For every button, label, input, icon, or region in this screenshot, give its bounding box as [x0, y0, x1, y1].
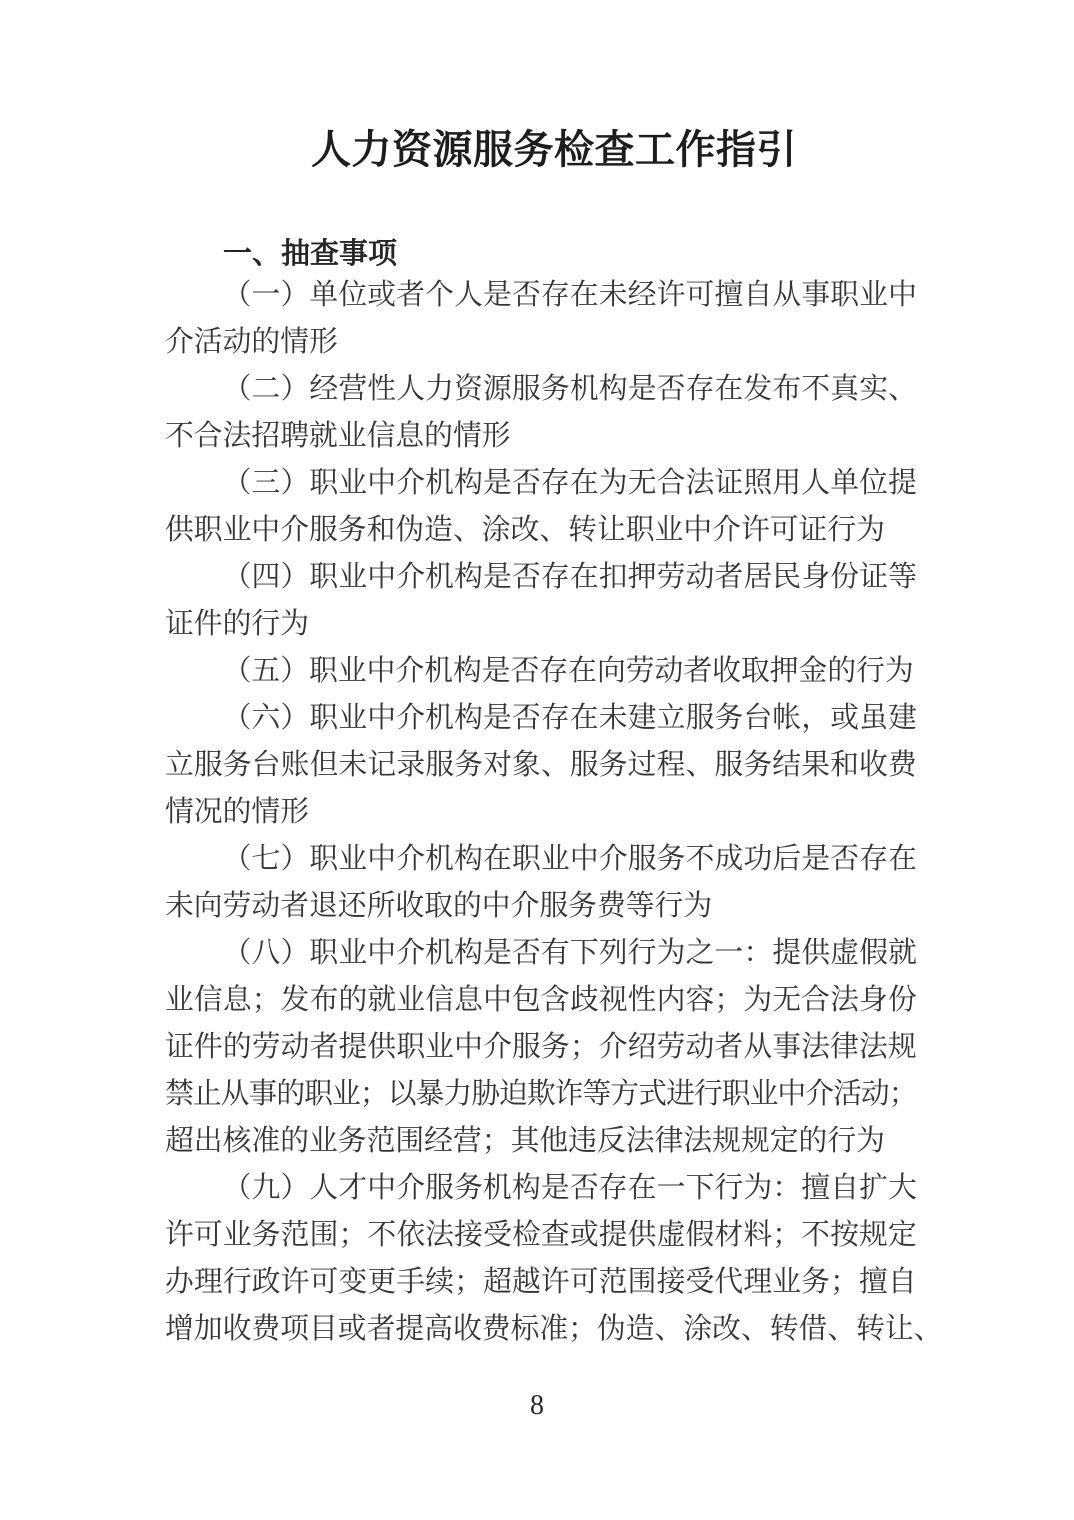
text-line: （三）职业中介机构是否存在为无合法证照用人单位提: [165, 460, 917, 507]
text-line: （九）人才中介服务机构是否存在一下行为：擅自扩大: [165, 1165, 917, 1212]
text-line: 证件的劳动者提供职业中介服务；介绍劳动者从事法律法规: [165, 1024, 917, 1071]
text-line: 禁止从事的职业；以暴力胁迫欺诈等方式进行职业中介活动；: [165, 1071, 917, 1118]
document-title: 人力资源服务检查工作指引: [0, 124, 1074, 176]
text-line: 证件的行为: [165, 601, 917, 648]
text-line: 增加收费项目或者提高收费标准；伪造、涂改、转借、转让、: [165, 1306, 917, 1353]
text-line: 超出核准的业务范围经营；其他违反法律法规规定的行为: [165, 1118, 917, 1165]
text-line: 立服务台账但未记录服务对象、服务过程、服务结果和收费: [165, 742, 917, 789]
page-number: 8: [0, 1389, 1074, 1423]
text-line: （四）职业中介机构是否存在扣押劳动者居民身份证等: [165, 554, 917, 601]
text-line: 情况的情形: [165, 789, 917, 836]
text-line: 供职业中介服务和伪造、涂改、转让职业中介许可证行为: [165, 507, 917, 554]
text-line: （五）职业中介机构是否存在向劳动者收取押金的行为: [165, 648, 917, 695]
section-heading: 一、抽查事项: [165, 231, 917, 278]
text-line: 许可业务范围；不依法接受检查或提供虚假材料；不按规定: [165, 1212, 917, 1259]
text-line: 介活动的情形: [165, 319, 917, 366]
text-line: （六）职业中介机构是否存在未建立服务台帐，或虽建: [165, 695, 917, 742]
body-text: （一）单位或者个人是否存在未经许可擅自从事职业中介活动的情形（二）经营性人力资源…: [165, 272, 917, 1353]
text-line: 业信息；发布的就业信息中包含歧视性内容；为无合法身份: [165, 977, 917, 1024]
text-line: （二）经营性人力资源服务机构是否存在发布不真实、: [165, 366, 917, 413]
text-line: 不合法招聘就业信息的情形: [165, 413, 917, 460]
text-line: （七）职业中介机构在职业中介服务不成功后是否存在: [165, 836, 917, 883]
text-line: （一）单位或者个人是否存在未经许可擅自从事职业中: [165, 272, 917, 319]
text-line: （八）职业中介机构是否有下列行为之一：提供虚假就: [165, 930, 917, 977]
text-line: 未向劳动者退还所收取的中介服务费等行为: [165, 883, 917, 930]
document-page: 人力资源服务检查工作指引 一、抽查事项 （一）单位或者个人是否存在未经许可擅自从…: [0, 0, 1074, 1520]
text-line: 办理行政许可变更手续；超越许可范围接受代理业务；擅自: [165, 1259, 917, 1306]
